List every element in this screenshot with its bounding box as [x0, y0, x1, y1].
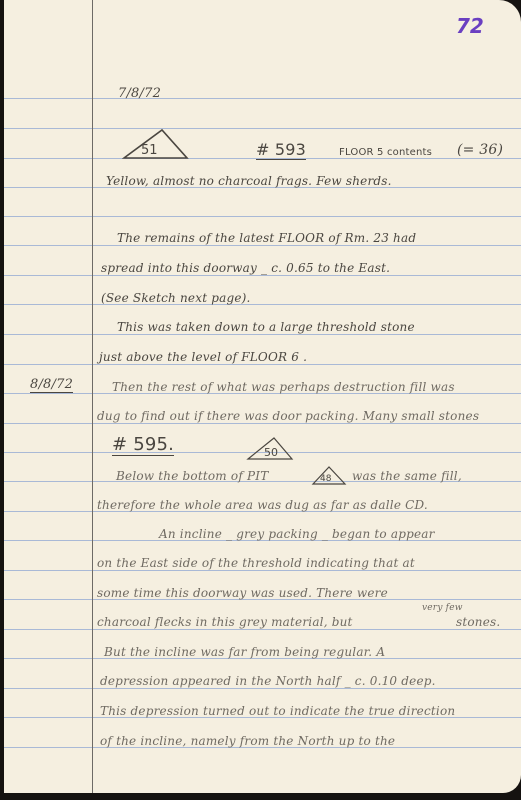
- ruled-line: [4, 216, 521, 217]
- ruled-line: [4, 304, 521, 305]
- text-line: of the incline, namely from the North up…: [100, 734, 395, 748]
- text-line: dug to find out if there was door packin…: [97, 409, 479, 423]
- entry-date: 7/8/72: [118, 86, 161, 101]
- ruled-line: [4, 275, 521, 276]
- ruled-line: [4, 98, 521, 99]
- ruled-line: [4, 629, 521, 630]
- text-line: charcoal flecks in this grey material, b…: [97, 615, 353, 629]
- text-line: (See Sketch next page).: [101, 291, 251, 305]
- pit-number: 48: [320, 474, 331, 484]
- ruled-line: [4, 364, 521, 365]
- text-line: spread into this doorway _ c. 0.65 to th…: [101, 261, 390, 275]
- find-number: # 593: [256, 140, 306, 160]
- margin-line: [92, 0, 93, 793]
- text-line: Below the bottom of PIT: [116, 469, 268, 483]
- text-line: Yellow, almost no charcoal frags. Few sh…: [106, 174, 392, 188]
- text-line: Then the rest of what was perhaps destru…: [112, 380, 455, 394]
- text-line: This was taken down to a large threshold…: [117, 320, 415, 334]
- text-line: But the incline was far from being regul…: [104, 645, 385, 659]
- text-line: depression appeared in the North half _ …: [100, 674, 436, 688]
- page-number: 72: [456, 14, 484, 38]
- text-line: This depression turned out to indicate t…: [100, 704, 455, 718]
- ruled-line: [4, 245, 521, 246]
- ruled-line: [4, 128, 521, 129]
- equals-locus: (= 36): [457, 142, 503, 158]
- locus-number: 50: [264, 446, 278, 459]
- margin-date: 8/8/72: [30, 377, 73, 393]
- text-line: was the same fill,: [352, 469, 462, 483]
- entry-heading: FLOOR 5 contents: [339, 147, 432, 158]
- locus-number: 51: [141, 143, 158, 158]
- insertion-text: very few: [422, 603, 463, 613]
- ruled-line: [4, 688, 521, 689]
- text-line: on the East side of the threshold indica…: [97, 556, 415, 570]
- ruled-line: [4, 334, 521, 335]
- text-line: just above the level of FLOOR 6 .: [99, 350, 307, 364]
- text-line: The remains of the latest FLOOR of Rm. 2…: [117, 231, 416, 245]
- ruled-line: [4, 423, 521, 424]
- text-line: An incline _ grey packing _ began to app…: [159, 527, 435, 541]
- notebook-page: 72 7/8/72 51 # 593 FLOOR 5 contents (= 3…: [4, 0, 521, 793]
- text-line: stones.: [456, 615, 500, 629]
- text-line: therefore the whole area was dug as far …: [97, 498, 428, 512]
- ruled-line: [4, 570, 521, 571]
- find-number: # 595.: [112, 434, 174, 456]
- text-line: some time this doorway was used. There w…: [97, 586, 388, 600]
